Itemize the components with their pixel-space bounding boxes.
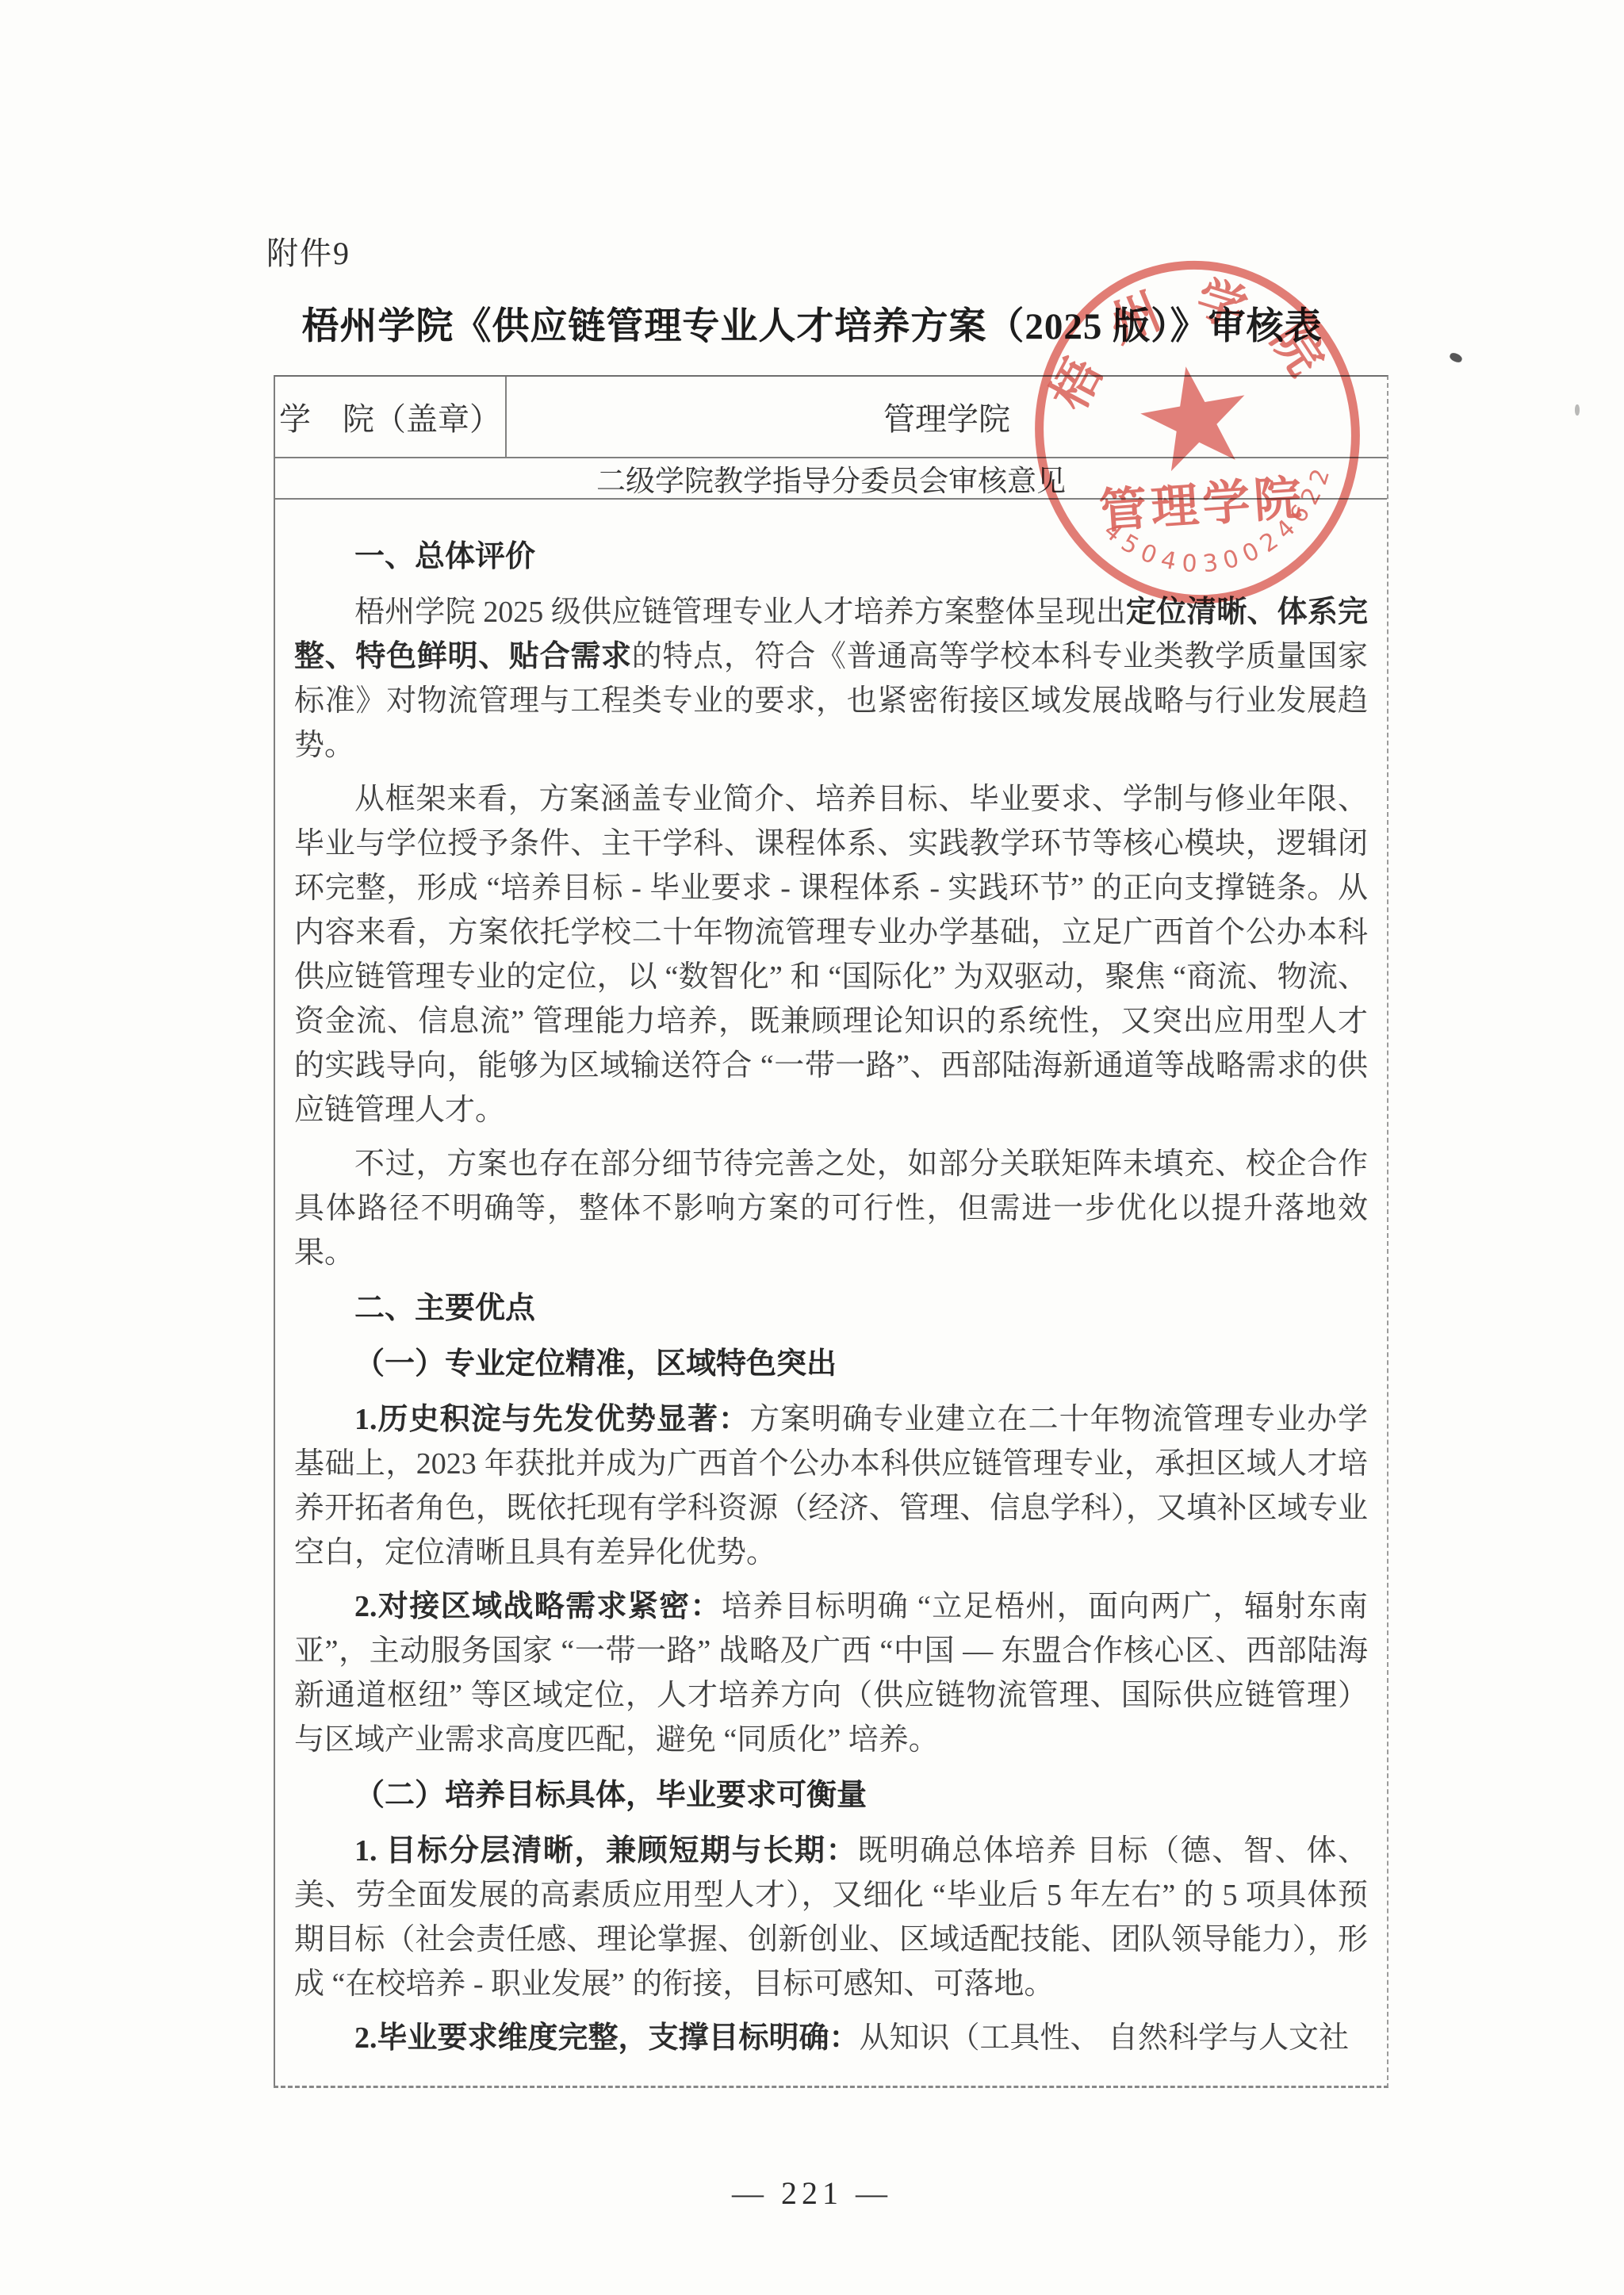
review-paragraph: 1.历史积淀与先发优势显著：方案明确专业建立在二十年物流管理专业办学基础上，20… (294, 1397, 1368, 1575)
section-heading-overall: 一、总体评价 (294, 534, 1368, 579)
scanned-document-page: 附件9 梧州学院《供应链管理专业人才培养方案（2025 版）》审核表 学 院（盖… (0, 0, 1624, 2295)
paragraph-text: 梧州学院 2025 级供应链管理专业人才培养方案整体呈现出 (354, 596, 1126, 629)
attachment-label: 附件9 (266, 228, 350, 274)
review-paragraph: 2.对接区域战略需求紧密：培养目标明确 “立足梧州，面向两广，辐射东南亚”，主动… (294, 1584, 1368, 1762)
college-label-cell: 学 院（盖章） (275, 377, 507, 457)
review-paragraph: 从框架来看，方案涵盖专业简介、培养目标、毕业要求、学制与修业年限、毕业与学位授予… (294, 777, 1368, 1132)
item-lead-bold: 1.历史积淀与先发优势显著： (354, 1403, 749, 1436)
review-paragraph: 不过，方案也存在部分细节待完善之处，如部分关联矩阵未填充、校企合作具体路径不明确… (294, 1142, 1368, 1275)
document-title: 梧州学院《供应链管理专业人才培养方案（2025 版）》审核表 (0, 297, 1624, 350)
college-value-cell: 管理学院 (507, 377, 1387, 457)
page-number: — 221 — (0, 2174, 1624, 2212)
committee-header-cell: 二级学院教学指导分委员会审核意见 (275, 458, 1387, 500)
review-paragraph: 2.毕业要求维度完整，支撑目标明确：从知识（工具性、 自然科学与人文社 (294, 2016, 1368, 2060)
item-lead-bold: 2.对接区域战略需求紧密： (354, 1590, 722, 1623)
review-paragraph: 1. 目标分层清晰，兼顾短期与长期：既明确总体培养 目标（德、智、体、美、劳全面… (294, 1829, 1368, 2006)
table-row-college: 学 院（盖章） 管理学院 (275, 377, 1387, 458)
subsection-heading-positioning: （一）专业定位精准，区域特色突出 (294, 1342, 1368, 1386)
subsection-heading-objectives: （二）培养目标具体，毕业要求可衡量 (294, 1773, 1368, 1818)
section-heading-advantages: 二、主要优点 (294, 1286, 1368, 1331)
paragraph-text: 从知识（工具性、 自然科学与人文社 (860, 2021, 1350, 2055)
review-paragraph: 梧州学院 2025 级供应链管理专业人才培养方案整体呈现出定位清晰、体系完整、特… (294, 590, 1368, 768)
item-lead-bold: 2.毕业要求维度完整，支撑目标明确： (354, 2021, 860, 2055)
ink-speck (1575, 404, 1580, 416)
review-table: 学 院（盖章） 管理学院 二级学院教学指导分委员会审核意见 一、总体评价 梧州学… (274, 375, 1388, 2088)
ink-speck (1449, 351, 1464, 364)
item-lead-bold: 1. 目标分层清晰，兼顾短期与长期： (354, 1834, 857, 1868)
review-content-cell: 一、总体评价 梧州学院 2025 级供应链管理专业人才培养方案整体呈现出定位清晰… (275, 500, 1387, 2086)
